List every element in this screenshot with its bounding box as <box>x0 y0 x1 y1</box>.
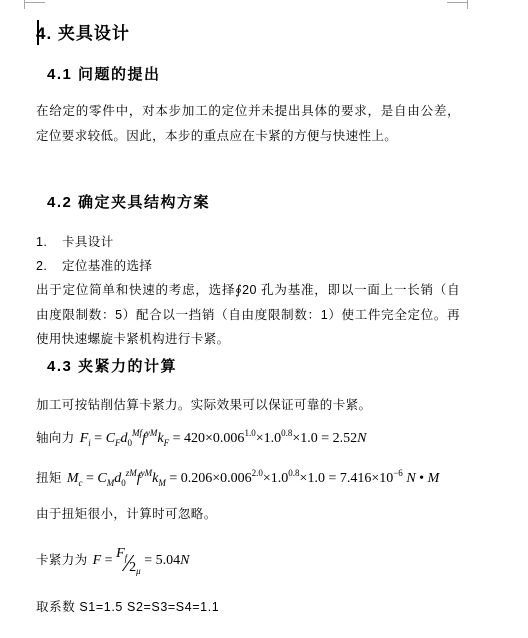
list-item-text: 定位基准的选择 <box>62 259 152 273</box>
torque-formula: Mc = CMd0zMfyMkM = 0.206×0.0062.0×1.00.8… <box>67 471 439 486</box>
axial-force-label: 轴向力 <box>36 431 75 445</box>
list-item-text: 卡具设计 <box>62 235 114 249</box>
numbered-list: 1.卡具设计 2.定位基准的选择 <box>36 230 460 278</box>
coefficients-line: 取系数 S1=1.5 S2=S3=S4=1.1 <box>36 595 460 620</box>
section-4-3-intro-paragraph: 加工可按钻削估算卡紧力。实际效果可以保证可靠的卡紧。 <box>36 393 460 418</box>
torque-row: 扭矩Mc = CMd0zMfyMkM = 0.206×0.0062.0×1.00… <box>36 460 460 496</box>
list-item: 2.定位基准的选择 <box>36 254 460 278</box>
axial-force-row: 轴向力Fi = CFd0MffyMkF = 420×0.0061.0×1.00.… <box>36 420 460 456</box>
section-heading-4-2: 4.2 确定夹具结构方案 <box>47 193 460 213</box>
section-heading-4-3: 4.3 夹紧力的计算 <box>47 357 460 377</box>
margin-crop-mark-top-right-vertical <box>467 0 468 9</box>
list-item: 1.卡具设计 <box>36 230 460 254</box>
section-4-1-paragraph: 在给定的零件中，对本步加工的定位并未提出具体的要求，是自由公差，定位要求较低。因… <box>36 99 460 148</box>
clamping-force-row: 卡紧力为F = Ff⁄2μ = 5.04N <box>36 535 460 590</box>
document-content: 4. 夹具设计 4.1 问题的提出 在给定的零件中，对本步加工的定位并未提出具体… <box>36 24 460 619</box>
axial-force-formula: Fi = CFd0MffyMkF = 420×0.0061.0×1.00.8×1… <box>80 431 367 446</box>
margin-crop-mark-top-left-horizontal <box>24 2 45 3</box>
clamping-force-formula: F = Ff⁄2μ = 5.04N <box>93 553 190 568</box>
margin-crop-mark-top-right-horizontal <box>447 2 468 3</box>
list-item-number: 2. <box>36 254 62 278</box>
torque-label: 扭矩 <box>36 471 62 485</box>
margin-crop-mark-top-left-vertical <box>24 0 25 9</box>
torque-note-paragraph: 由于扭矩很小，计算时可忽略。 <box>36 502 460 527</box>
section-heading-4-1: 4.1 问题的提出 <box>47 65 460 85</box>
chapter-heading: 4. 夹具设计 <box>36 24 460 44</box>
clamping-force-label: 卡紧力为 <box>36 553 88 567</box>
list-item-number: 1. <box>36 230 62 254</box>
document-page: { "page": { "background": "#ffffff", "cr… <box>0 0 528 638</box>
section-4-2-paragraph: 出于定位简单和快速的考虑，选择∮20 孔为基准，即以一面上一长销（自由度限制数：… <box>36 278 460 352</box>
